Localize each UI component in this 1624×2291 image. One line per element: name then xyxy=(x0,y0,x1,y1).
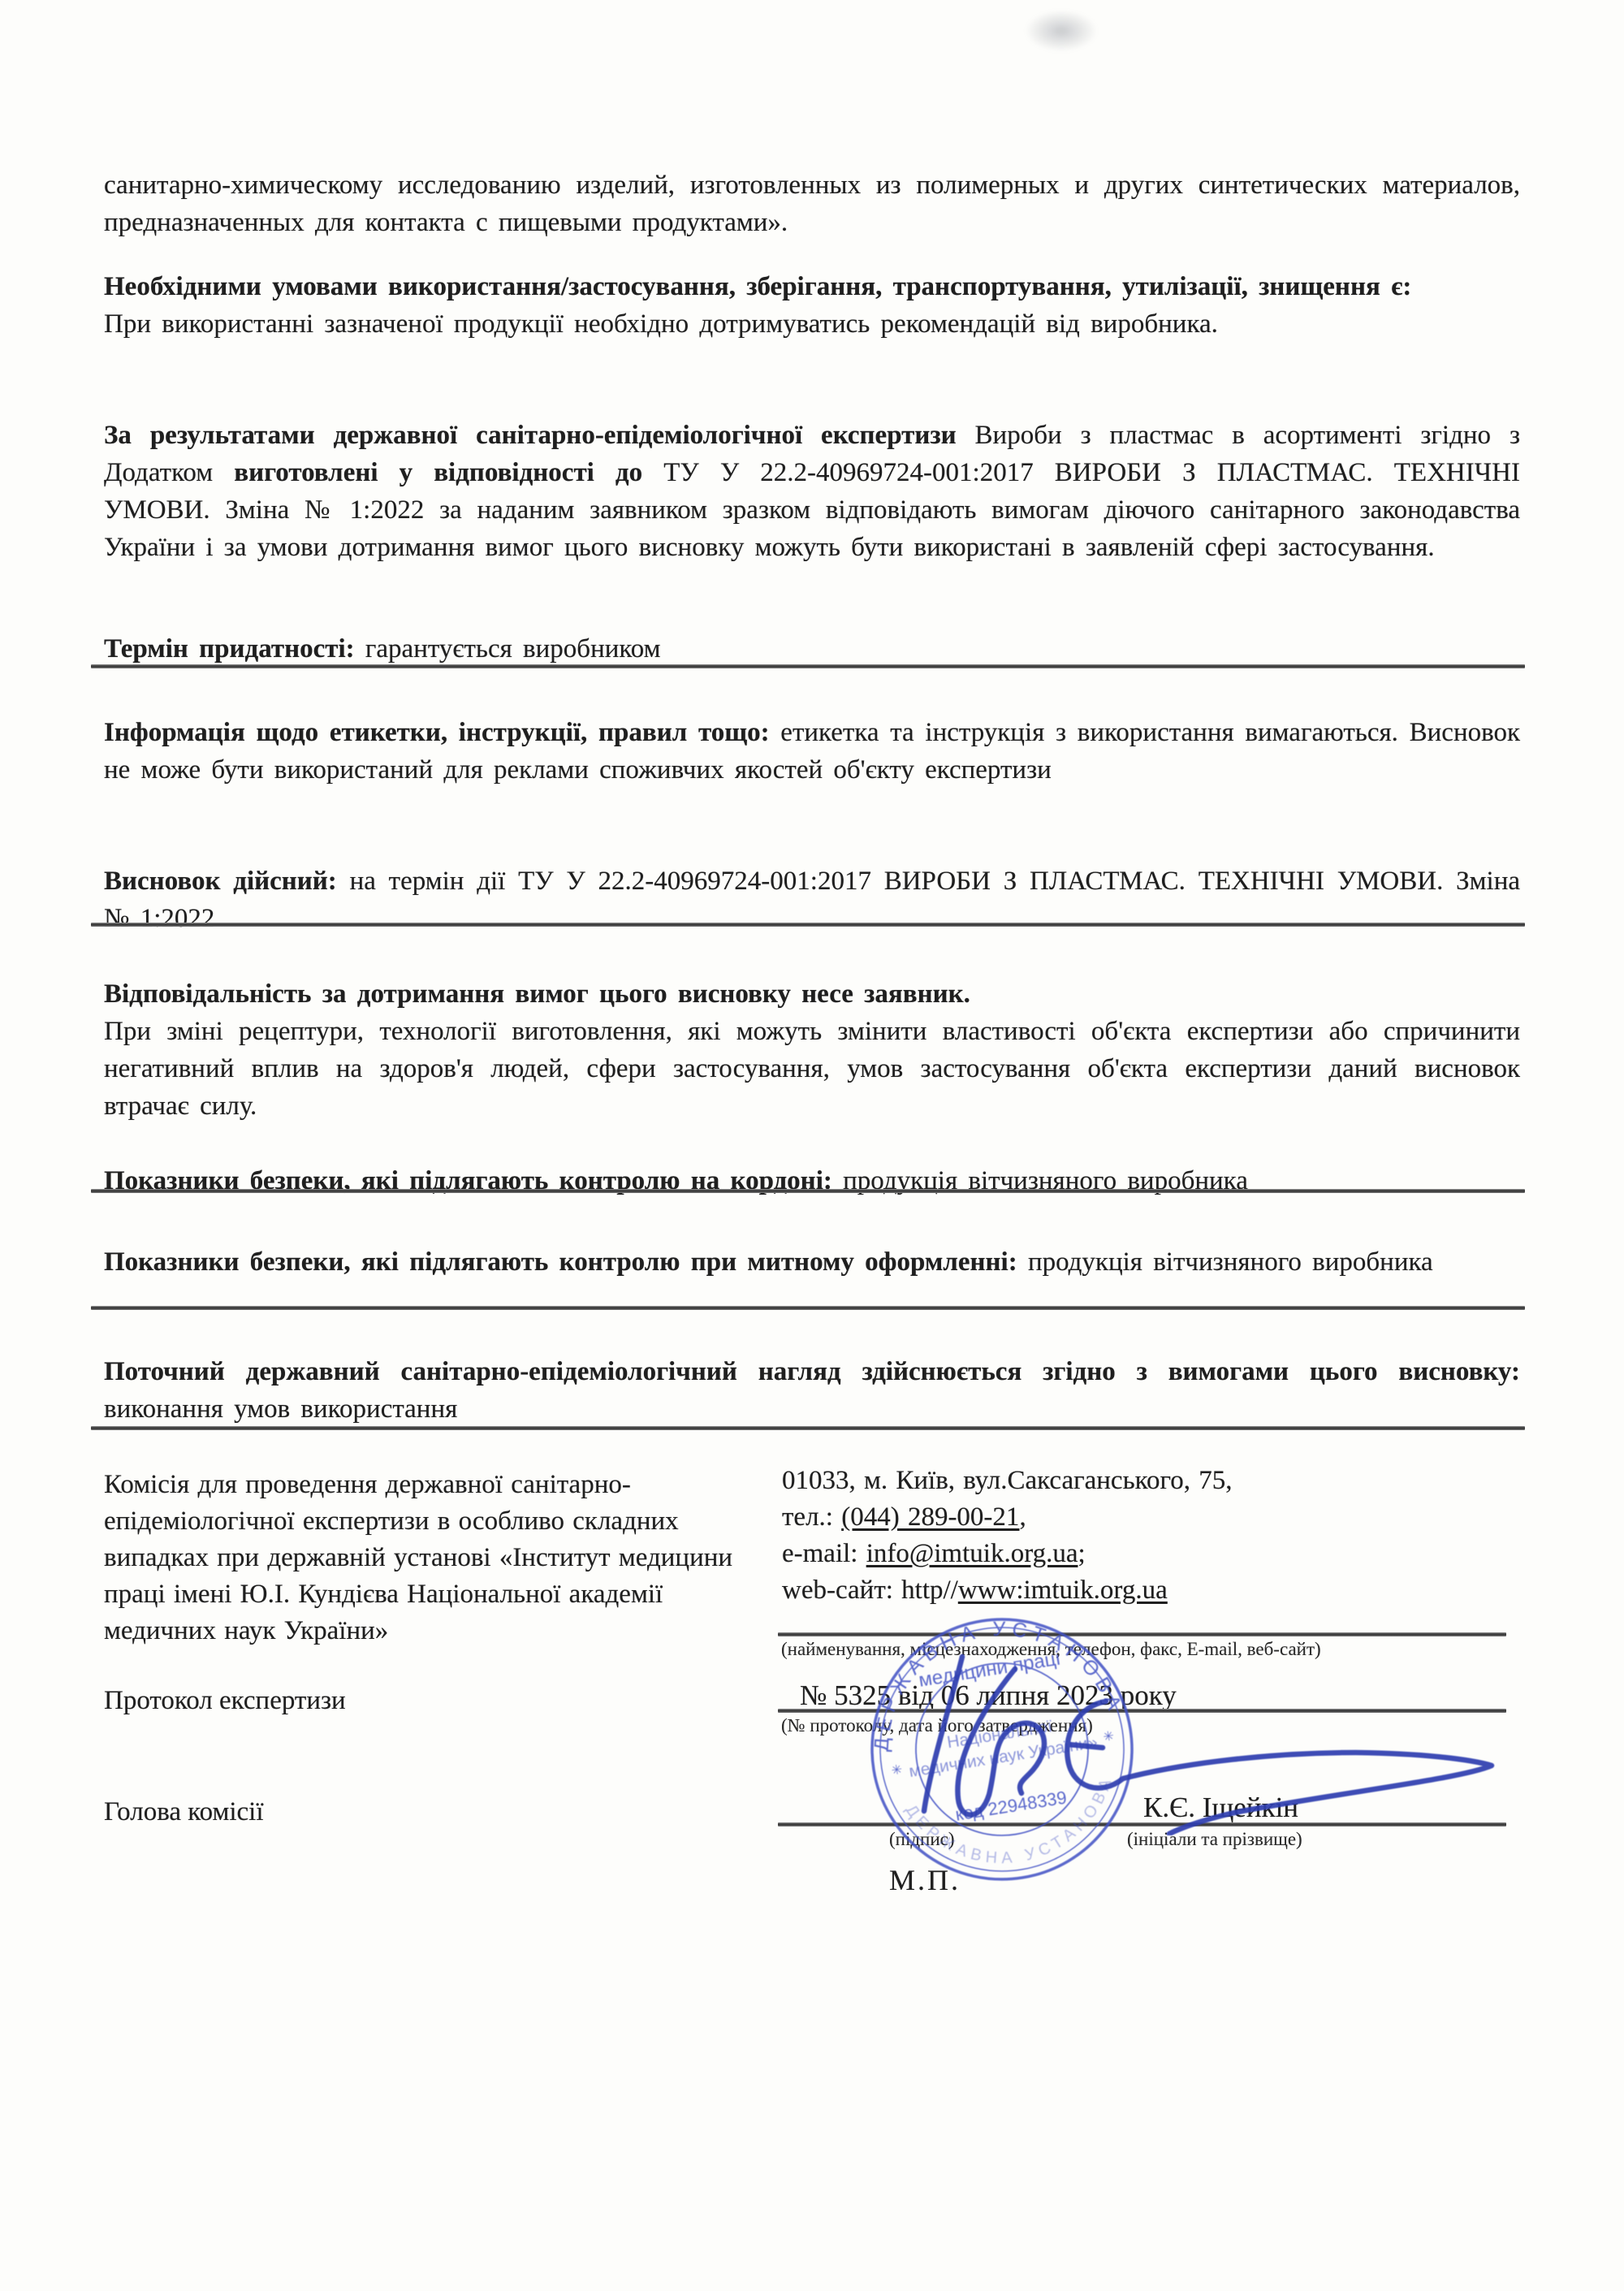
conditions-body: При використанні зазначеної продукції не… xyxy=(104,309,1218,339)
signature-stroke xyxy=(1123,1753,1492,1834)
contact-web: www:imtuik.org.ua xyxy=(958,1576,1168,1605)
contact-block: 01033, м. Київ, вул.Саксаганського, 75, … xyxy=(782,1463,1517,1609)
surveillance-value: виконання умов використання xyxy=(104,1394,457,1424)
paragraph-shelf-life: Термін придатності: гарантується виробни… xyxy=(104,630,1520,668)
paragraph-results: За результатами державної санітарно-епід… xyxy=(104,417,1520,566)
paragraph-labeling: Інформація щодо етикетки, інструкції, пр… xyxy=(104,714,1520,789)
commission-name-block: Комісія для проведення державної санітар… xyxy=(104,1467,733,1649)
divider-line xyxy=(91,1306,1525,1310)
contact-tel-label: тел.: xyxy=(782,1502,841,1532)
conditions-heading: Необхідними умовами використання/застосу… xyxy=(104,272,1411,301)
contact-web-label: web-сайт: http// xyxy=(782,1576,958,1605)
responsibility-heading: Відповідальність за дотримання вимог цьо… xyxy=(104,979,970,1009)
contact-address: 01033, м. Київ, вул.Саксаганського, 75, xyxy=(782,1466,1232,1495)
results-bold-2: виготовлені у відповідності до xyxy=(234,458,642,487)
surveillance-label: Поточний державний санітарно-епідеміолог… xyxy=(104,1357,1520,1386)
paragraph-responsibility: Відповідальність за дотримання вимог цьо… xyxy=(104,975,1520,1125)
divider-line xyxy=(91,1426,1525,1430)
paragraph-intro: санитарно-химическому исследованию издел… xyxy=(104,166,1520,241)
shelf-life-label: Термін придатності: xyxy=(104,634,355,664)
customs-control-value: продукція вітчизняного виробника xyxy=(1017,1247,1433,1277)
contact-email-suffix: ; xyxy=(1078,1539,1085,1568)
shelf-life-value: гарантується виробником xyxy=(355,634,661,664)
customs-control-label: Показники безпеки, які підлягають контро… xyxy=(104,1247,1017,1277)
scan-smudge-artifact xyxy=(1025,10,1098,52)
contact-email-label: e-mail: xyxy=(782,1539,866,1568)
validity-label: Висновок дійсний: xyxy=(104,867,337,896)
responsibility-body: При зміні рецептури, технології виготовл… xyxy=(104,1017,1520,1121)
scanned-document-page: санитарно-химическому исследованию издел… xyxy=(0,0,1624,2291)
divider-line xyxy=(91,1189,1525,1193)
intro-text: санитарно-химическому исследованию издел… xyxy=(104,171,1520,237)
paragraph-surveillance: Поточний державний санітарно-епідеміолог… xyxy=(104,1353,1520,1428)
contact-tel: (044) 289-00-21 xyxy=(841,1502,1019,1532)
protocol-label: Протокол експертизи xyxy=(104,1683,346,1718)
signature-stroke xyxy=(1069,1744,1103,1748)
results-heading: За результатами державної санітарно-епід… xyxy=(104,421,957,450)
paragraph-border-control: Показники безпеки, які підлягають контро… xyxy=(104,1162,1520,1200)
commission-text: Комісія для проведення державної санітар… xyxy=(104,1470,732,1645)
handwritten-signature xyxy=(893,1640,1510,1835)
paragraph-customs-control: Показники безпеки, які підлягають контро… xyxy=(104,1243,1520,1281)
signature-stroke xyxy=(957,1669,1044,1815)
chairman-label: Голова комісії xyxy=(104,1794,264,1830)
paragraph-conditions: Необхідними умовами використання/застосу… xyxy=(104,268,1520,343)
contact-tel-suffix: , xyxy=(1019,1502,1026,1532)
labeling-label: Інформація щодо етикетки, інструкції, пр… xyxy=(104,718,770,747)
divider-line xyxy=(91,664,1525,668)
divider-line xyxy=(91,923,1525,927)
contact-email: info@imtuik.org.ua xyxy=(866,1539,1078,1568)
